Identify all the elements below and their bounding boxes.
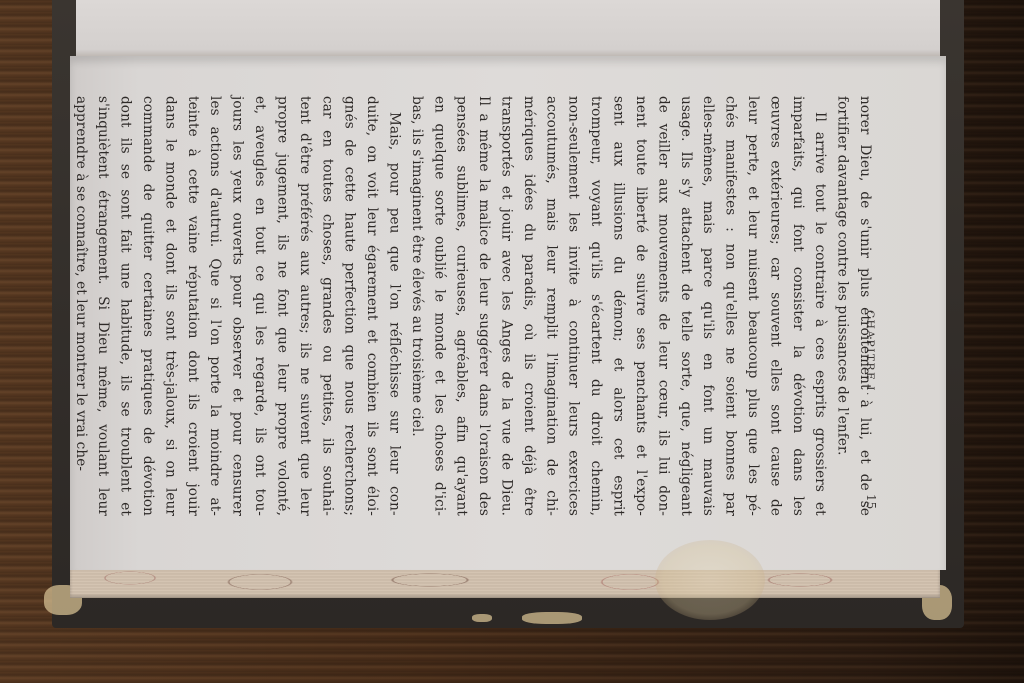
- text-line: leur perte, et leur nuisent beaucoup plu…: [742, 96, 764, 516]
- text-line: sent aux illusions du démon; et alors ce…: [607, 96, 629, 516]
- water-stain: [655, 540, 765, 620]
- text-line: gnés de cette haute perfection que nous …: [338, 96, 360, 516]
- cover-wear-spot: [472, 614, 492, 622]
- text-line: elles-mêmes, mais parce qu'ils en font u…: [697, 96, 719, 516]
- text-line: Il arrive tout le contraire à ces esprit…: [809, 96, 831, 516]
- text-line: Il a même la malice de leur suggérer dan…: [473, 96, 495, 516]
- text-line: duite, on voit leur égarement et combien…: [361, 96, 383, 516]
- text-line: apprendre à se connaître, et leur montre…: [69, 96, 91, 516]
- text-line: en quelque sorte oublié le monde et les …: [428, 96, 450, 516]
- text-line: pensées sublimes, curieuses, agréables, …: [450, 96, 472, 516]
- text-line: norer Dieu, de s'unir plus étroitement à…: [854, 96, 876, 516]
- text-line: bas, ils s'imaginent être élevés au troi…: [405, 96, 427, 516]
- text-line: imparfaits, qui font consister la dévoti…: [786, 96, 808, 516]
- text-line: dont ils se sont fait une habitude, ils …: [114, 96, 136, 516]
- text-line: transportés et jouir avec les Anges de l…: [495, 96, 517, 516]
- text-line: nent toute liberté de suivre ses penchan…: [630, 96, 652, 516]
- text-line: de veiller aux mouvements de leur cœur, …: [652, 96, 674, 516]
- text-line: teinte à cette vaine réputation dont ils…: [181, 96, 203, 516]
- text-line: chés manifestes : non qu'elles ne soient…: [719, 96, 741, 516]
- text-line: propre jugement, ils ne font que leur pr…: [271, 96, 293, 516]
- text-line: non-seulement les invite à continuer leu…: [562, 96, 584, 516]
- text-line: trompeur, voyant qu'ils s'écartent du dr…: [585, 96, 607, 516]
- facing-page-edge: [76, 0, 940, 59]
- text-line: usage. Ils s'y attachent de telle sorte,…: [674, 96, 696, 516]
- text-line: mériques idées du paradis, où ils croien…: [518, 96, 540, 516]
- text-line: Mais, pour peu que l'on réfléchisse sur …: [383, 96, 405, 516]
- cover-wear-spot: [522, 612, 582, 624]
- text-line: fortifier davantage contre les puissance…: [831, 96, 853, 516]
- text-line: et, aveugles en tout ce qui les regarde,…: [249, 96, 271, 516]
- text-line: jours les yeux ouverts pour observer et …: [226, 96, 248, 516]
- marbled-page-edges: [70, 568, 940, 598]
- text-line: commande de quitter certaines pratiques …: [137, 96, 159, 516]
- text-line: les actions d'autrui. Que si l'on porte …: [204, 96, 226, 516]
- body-text: norer Dieu, de s'unir plus étroitement à…: [160, 96, 876, 516]
- marbling-pattern: [70, 568, 940, 598]
- book-page: CHAPITRE I. 15 norer Dieu, de s'unir plu…: [70, 56, 946, 570]
- text-line: s'inquiètent étrangement. Si Dieu même, …: [92, 96, 114, 516]
- text-line: accoutumés, mais leur remplit l'imaginat…: [540, 96, 562, 516]
- text-line: dans le monde et dont ils sont très-jalo…: [159, 96, 181, 516]
- text-line: tent d'être préférés aux autres; ils ne …: [293, 96, 315, 516]
- text-line: car en toutes choses, grandes ou petites…: [316, 96, 338, 516]
- text-line: œuvres extérieures; car souvent elles so…: [764, 96, 786, 516]
